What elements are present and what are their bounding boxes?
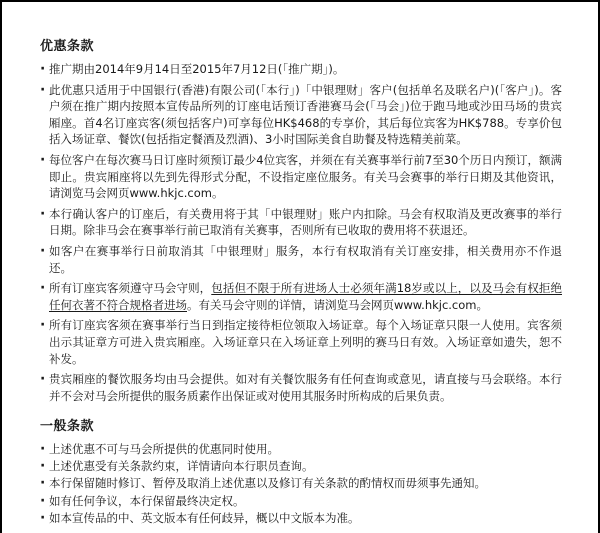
list-item: 所有订座宾客须在赛事举行当日到指定接待柜位领取入场证章。每个入场证章只限一人使用… (40, 317, 562, 367)
list-item: 上述优惠不可与马会所提供的优惠同时使用。 (40, 441, 562, 458)
section-title-promotion-terms: 优惠条款 (40, 38, 562, 56)
list-item: 如客户在赛事举行日前取消其「中银理财」服务，本行有权取消有关订座安排，相关费用亦… (40, 243, 562, 276)
list-item: 本行保留随时修订、暂停及取消上述优惠以及修订有关条款的酌情权而毋须事先通知。 (40, 475, 562, 492)
section-title-general-terms: 一般条款 (40, 418, 562, 436)
text-segment: 。有关马会守则的详情，请浏览马会网页www.hkjc.com。 (187, 298, 488, 312)
list-item: 每位客户在每次赛马日订座时须预订最少4位宾客，并须在有关赛事举行前7至30个历日… (40, 152, 562, 202)
general-terms-list: 上述优惠不可与马会所提供的优惠同时使用。 上述优惠受有关条款约束，详情请向本行职… (40, 441, 562, 526)
list-item: 上述优惠受有关条款约束，详情请向本行职员查询。 (40, 458, 562, 475)
terms-document: 优惠条款 推广期由2014年9月14日至2015年7月12日(「推广期」)。 此… (40, 38, 562, 527)
list-item: 本行确认客户的订座后，有关费用将于其「中银理财」账户内扣除。马会有权取消及更改赛… (40, 206, 562, 239)
list-item: 贵宾厢座的餐饮服务均由马会提供。如对有关餐饮服务有任何查询或意见，请直接与马会联… (40, 371, 562, 404)
list-item: 所有订座宾客须遵守马会守则，包括但不限于所有进场人士必须年满18岁或以上，以及马… (40, 280, 562, 313)
text-segment: 所有订座宾客须遵守马会守则， (49, 281, 211, 295)
list-item: 如有任何争议，本行保留最终决定权。 (40, 493, 562, 510)
promotion-terms-list: 推广期由2014年9月14日至2015年7月12日(「推广期」)。 此优惠只适用… (40, 61, 562, 404)
list-item: 推广期由2014年9月14日至2015年7月12日(「推广期」)。 (40, 61, 562, 78)
list-item: 如本宣传品的中、英文版本有任何歧异，概以中文版本为准。 (40, 510, 562, 527)
list-item: 此优惠只适用于中国银行(香港)有限公司(「本行」)「中银理财」客户(包括单名及联… (40, 82, 562, 148)
